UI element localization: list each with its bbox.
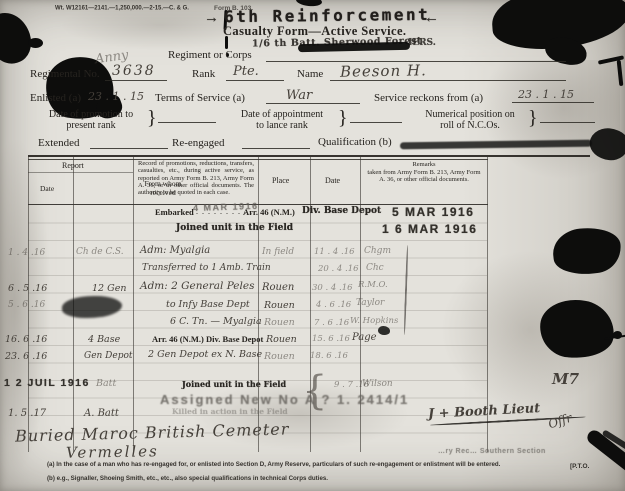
from-whom: Gen Depot [84,351,133,361]
table-top-rule [28,155,590,157]
report-date: 6 . 5 .16 [8,283,47,294]
rule [512,102,594,103]
name-label: Name [297,68,323,80]
footnote-b: (b) e.g., Signaller, Shoeing Smith, etc.… [47,475,532,482]
regimental-no-value: 3638 [112,63,156,79]
rule [540,122,595,123]
record-entry: 6 C. Tn. — Myalgia [170,316,262,327]
remarks-entry: W. Hopkins [350,316,398,326]
report-subrule [28,172,133,173]
place-entry: In field [262,247,294,257]
record-entry: Adm: Myalgia [140,245,210,256]
regiment-label: Regiment or Corps [168,49,252,61]
ink-strike [298,42,410,52]
enlisted-label: Enlisted (a) [30,92,81,104]
joined-unit-stamp: Joined unit in the Field [182,379,286,389]
date-received-stamp: 1 2 JUIL 1916 [4,377,90,389]
date-stamp: 5 MAR 1916 [392,205,474,219]
numerical-position-label: Numerical position on roll of N.C.Os. [414,109,526,131]
extended-label: Extended [38,137,80,149]
numerical-label-line2: roll of N.C.Os. [440,120,500,131]
from-whom: 12 Gen [92,283,126,294]
report-date: 23. 6 .16 [5,351,47,362]
place-brace-glyph: { [302,368,327,414]
terms-of-service-value: War [286,88,312,103]
remarks-header-rest: taken from Army Form B. 213, Army Form A… [367,169,480,184]
burial-note-line2: Vermelles [66,442,159,462]
record-entry: Transferred to 1 Amb. Train [142,263,271,273]
from-whom: A. Batt [84,408,119,419]
footnote-pto: [P.T.O. [570,463,589,470]
record-column-header: Record of promotions, reductions, transf… [138,160,254,196]
date-column-header: Date [40,184,54,193]
ink-smudge-line [400,140,592,150]
arrow-right-icon: → [204,9,221,26]
date-entry: 20 . 4 .16 [318,264,359,274]
ink-blot [617,60,624,86]
place-column-header: Place [272,176,289,185]
record-entry: Arr. 46 (N.M.) Div. Base Depot [152,334,263,344]
from-whom: 4 Base [88,334,120,345]
remarks-column-header: Remarks taken from Army Form B. 213, Arm… [366,161,482,184]
service-reckons-label: Service reckons from (a) [374,92,483,104]
record-embarked: Embarked [155,207,194,217]
report-date: 16. 6 .16 [5,334,47,345]
reinforcement-stamp: 6th Reinforcement [224,5,430,26]
numerical-label-line1: Numerical position on [425,109,514,120]
killed-in-action-stamp: Killed in action in the Field [172,407,288,416]
promotion-label-line1: Date of promotion to [49,109,133,120]
unit-stamp-suffix: IERS. [408,38,436,48]
place-entry: Rouen [264,300,295,311]
ink-blot [551,225,623,278]
terms-of-service-label: Terms of Service (a) [155,92,245,104]
rule [350,122,402,123]
casualty-form-document: Wt. W12161—2141.—1,250,000.—2-15.—C. & G… [0,0,625,491]
remarks-entry: Chgm [364,246,391,256]
date-stamp: 1 6 MAR 1916 [382,222,477,236]
from-whom: Batt [96,378,116,389]
remarks-entry: Chc [366,263,384,273]
arrow-left-icon: ← [424,9,441,26]
remarks-entry: Page [352,332,377,343]
signature-suffix: Offr [546,411,573,432]
form-print-reference: Wt. W12161—2141.—1,250,000.—2-15.—C. & G… [55,5,189,11]
rule [242,148,310,149]
brace-glyph: } [528,107,538,130]
ink-blot [538,297,617,361]
place-stamp: Div. Base Depot [302,206,381,216]
appointment-label-line1: Date of appointment [241,109,323,120]
remarks-header-line1: Remarks [412,161,435,168]
date-entry: 4 . 6 .16 [316,300,351,310]
footnote-a: (a) In the case of a man who has re-enga… [47,461,532,468]
report-date: 1. 5 .17 [8,408,46,419]
promotion-label-line2: present rank [66,120,115,131]
record-entry: Adm: 2 General Peles [140,280,254,292]
record-entry: to Infy Base Dept [166,299,250,310]
regimental-no-label: Regimental No. [30,68,100,80]
rule [330,80,566,81]
assigned-number-stamp: Assigned New No A ? 1. 2414/1 [160,392,409,407]
date-entry: 7 . 6 .16 [314,318,349,328]
promotion-label: Date of promotion to present rank [35,109,147,131]
place-entry: Rouen [262,282,294,293]
brace-glyph: } [147,107,157,130]
rank-value: Pte. [233,64,259,79]
enlisted-value: 23 . 1 . 15 [88,90,144,103]
report-date: 5 . 6 .16 [8,300,45,310]
date-entry: 18. 6 .16 [310,351,348,361]
appointment-label-line2: to lance rank [256,120,308,131]
rule [105,80,167,81]
place-entry: Rouen [264,351,295,362]
record-entry: 2 Gen Depot ex N. Base [148,349,262,360]
appointment-label: Date of appointment to lance rank [228,109,336,131]
ink-blot [613,331,622,339]
place-entry: Rouen [266,334,297,345]
reengaged-label: Re-engaged [172,137,225,149]
date-entry: 11 . 4 .16 [314,247,355,257]
qualification-label: Qualification (b) [318,136,392,148]
date-entry: 15. 6 .16 [312,334,350,344]
remarks-entry: Wilson [362,379,393,389]
rule [90,148,168,149]
report-date: 1 . 4 .16 [8,248,45,258]
remarks-entry: Taylor [356,298,384,308]
report-header: Report [62,161,84,170]
joined-unit-stamp: Joined unit in the Field [176,223,293,233]
ink-blot [28,38,43,48]
date-entry: 30 . 4 .16 [312,283,353,293]
service-reckons-value: 23 . 1 . 15 [518,88,574,101]
brace-glyph: } [338,107,348,130]
rule [226,80,284,81]
remarks-entry: R.M.O. [358,280,388,290]
place-entry: Rouen [264,317,295,328]
rule [158,122,216,123]
record-office-stamp: …ry Rec… Southern Section [438,448,546,455]
rule [266,103,360,104]
date2-column-header: Date [325,176,340,185]
name-value: Beeson H. [340,61,427,81]
rank-label: Rank [192,68,215,80]
margin-note: M7 [552,370,579,388]
from-whom: Ch de C.S. [76,247,124,257]
